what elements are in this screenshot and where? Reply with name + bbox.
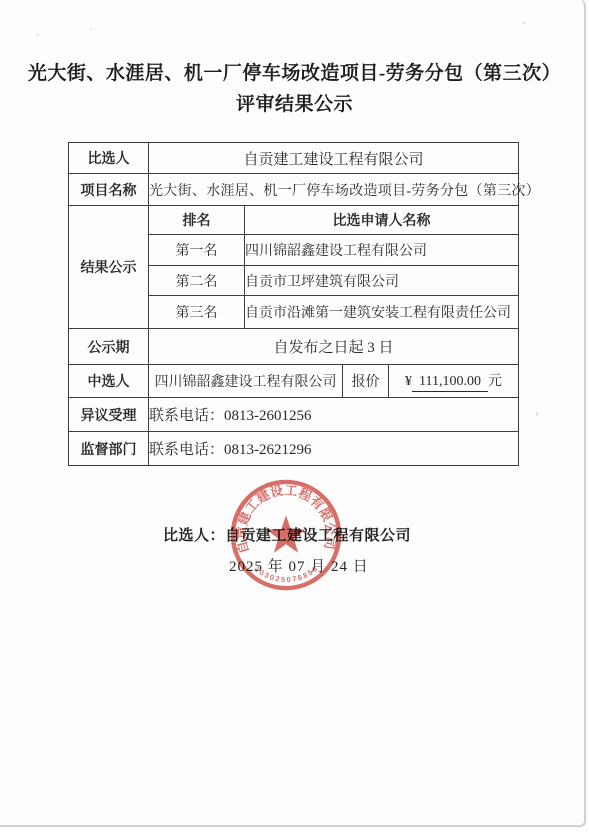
- scanned-document-page: 光大街、水涯居、机一厂停车场改造项目-劳务分包（第三次） 评审结果公示 比选人 …: [0, 0, 589, 832]
- winner-name: 四川锦韶鑫建设工程有限公司: [149, 365, 343, 398]
- amount-unit: 元: [488, 374, 502, 389]
- project-label: 项目名称: [69, 174, 149, 206]
- row-objection: 异议受理 联系电话：0813-2601256: [69, 398, 519, 432]
- rank-header: 排名: [149, 206, 245, 235]
- objection-label: 异议受理: [69, 398, 149, 432]
- announcement-table: 比选人 自贡建工建设工程有限公司 项目名称 光大街、水涯居、机一厂停车场改造项目…: [68, 142, 519, 466]
- currency-symbol: ¥: [405, 374, 412, 389]
- document-title: 光大街、水涯居、机一厂停车场改造项目-劳务分包（第三次） 评审结果公示: [0, 58, 589, 120]
- publicity-value: 自发布之日起 3 日: [149, 329, 519, 365]
- applicant-name-header: 比选申请人名称: [245, 206, 519, 235]
- signature-label: 比选人：: [163, 527, 225, 544]
- objection-value: 联系电话：0813-2601256: [149, 398, 519, 432]
- applicant-first: 四川锦韶鑫建设工程有限公司: [245, 235, 519, 266]
- document-title-line2: 评审结果公示: [0, 89, 589, 120]
- quote-amount-cell: ¥111,100.00元: [389, 365, 519, 398]
- project-value: 光大街、水涯居、机一厂停车场改造项目-劳务分包（第三次）: [149, 174, 519, 206]
- bidder-value: 自贡建工建设工程有限公司: [149, 143, 519, 174]
- row-project-name: 项目名称 光大街、水涯居、机一厂停车场改造项目-劳务分包（第三次）: [69, 174, 519, 206]
- row-winner: 中选人 四川锦韶鑫建设工程有限公司 报价 ¥111,100.00元: [69, 365, 519, 398]
- results-label: 结果公示: [69, 206, 149, 329]
- rank-second: 第二名: [149, 266, 245, 296]
- row-bidder: 比选人 自贡建工建设工程有限公司: [69, 143, 519, 174]
- bidder-label: 比选人: [69, 143, 149, 174]
- publicity-label: 公示期: [69, 329, 149, 365]
- scan-speck: [36, 34, 39, 36]
- supervision-value: 联系电话：0813-2621296: [149, 432, 519, 466]
- scan-speck: [90, 28, 92, 30]
- row-results-header: 结果公示 排名 比选申请人名称: [69, 206, 519, 235]
- row-supervision: 监督部门 联系电话：0813-2621296: [69, 432, 519, 466]
- signature-date: 2025 年 07 月 24 日: [229, 555, 369, 576]
- signature-company: 自贡建工建设工程有限公司: [225, 527, 411, 544]
- rank-third: 第三名: [149, 296, 245, 329]
- document-title-line1: 光大街、水涯居、机一厂停车场改造项目-劳务分包（第三次）: [0, 58, 589, 89]
- quote-amount: 111,100.00: [412, 374, 488, 392]
- scan-speck: [523, 22, 526, 24]
- winner-label: 中选人: [69, 365, 149, 398]
- signature-line: 比选人：自贡建工建设工程有限公司: [163, 524, 411, 545]
- supervision-label: 监督部门: [69, 432, 149, 466]
- applicant-third: 自贡市沿滩第一建筑安装工程有限责任公司: [245, 296, 519, 329]
- applicant-second: 自贡市卫坪建筑有限公司: [245, 266, 519, 296]
- quote-label: 报价: [343, 365, 389, 398]
- row-publicity-period: 公示期 自发布之日起 3 日: [69, 329, 519, 365]
- rank-first: 第一名: [149, 235, 245, 266]
- scan-speck: [536, 412, 538, 416]
